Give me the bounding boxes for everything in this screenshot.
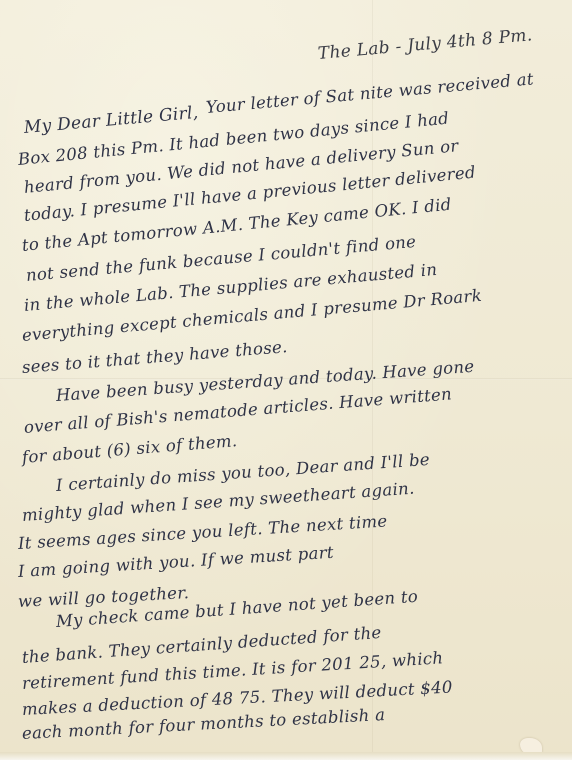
letter-salutation: My Dear Little Girl, [23,103,199,138]
paper-bottom-edge [0,752,572,760]
letter-line: for about (6) six of them. [21,431,238,467]
letter-line: Your letter of Sat nite was received at [205,69,534,117]
letter-line: sees to it that they have those. [21,337,288,377]
letter-page: The Lab - July 4th 8 Pm. My Dear Little … [0,0,572,760]
letter-place-date: The Lab - July 4th 8 Pm. [317,25,533,64]
